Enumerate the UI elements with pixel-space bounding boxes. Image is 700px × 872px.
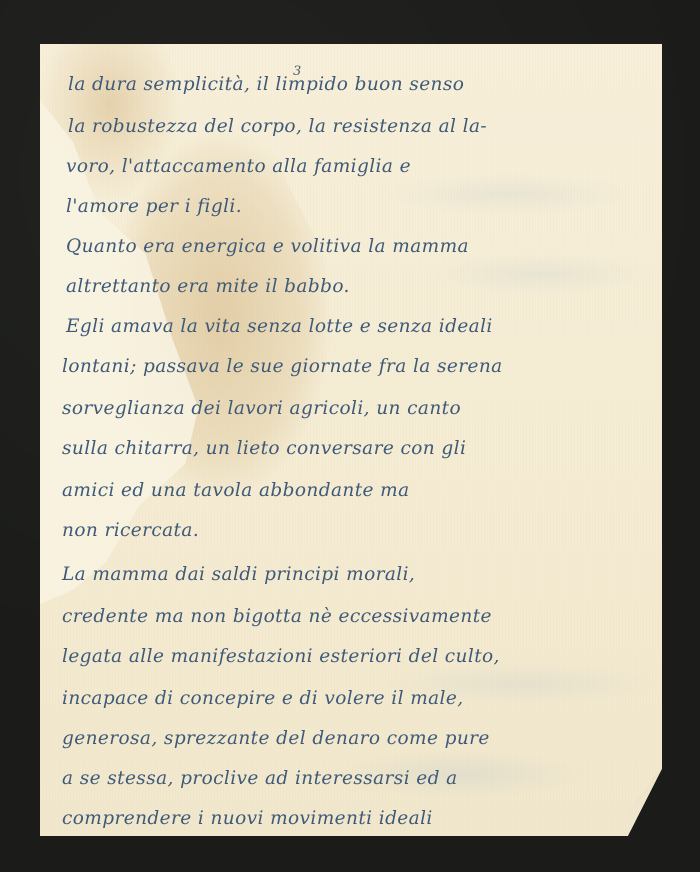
text-line-9: sorveglianza dei lavori agricoli, un can… — [62, 398, 461, 419]
text-line-2: la robustezza del corpo, la resistenza a… — [68, 116, 487, 137]
text-line-11: amici ed una tavola abbondante ma — [62, 480, 410, 501]
text-line-19: comprendere i nuovi movimenti ideali — [62, 808, 433, 829]
text-line-12: non ricercata. — [62, 520, 199, 541]
text-line-15: legata alle manifestazioni esteriori del… — [62, 646, 500, 667]
text-line-5: Quanto era energica e volitiva la mamma — [66, 236, 469, 257]
text-line-14: credente ma non bigotta nè eccessivament… — [62, 606, 492, 627]
text-line-3: voro, l'attaccamento alla famiglia e — [66, 156, 411, 177]
text-line-6: altrettanto era mite il babbo. — [66, 276, 350, 297]
text-line-13: La mamma dai saldi principi morali, — [62, 564, 415, 585]
text-line-18: a se stessa, proclive ad interessarsi ed… — [62, 768, 458, 789]
handwritten-page: 3 la dura semplicità, il limpido buon se… — [40, 44, 662, 836]
text-line-7: Egli amava la vita senza lotte e senza i… — [66, 316, 493, 337]
text-line-8: lontani; passava le sue giornate fra la … — [62, 356, 503, 377]
text-line-4: l'amore per i figli. — [66, 196, 242, 217]
text-line-10: sulla chitarra, un lieto conversare con … — [62, 438, 466, 459]
text-line-16: incapace di concepire e di volere il mal… — [62, 688, 464, 709]
text-line-17: generosa, sprezzante del denaro come pur… — [62, 728, 490, 749]
text-line-1: la dura semplicità, il limpido buon sens… — [68, 74, 464, 95]
